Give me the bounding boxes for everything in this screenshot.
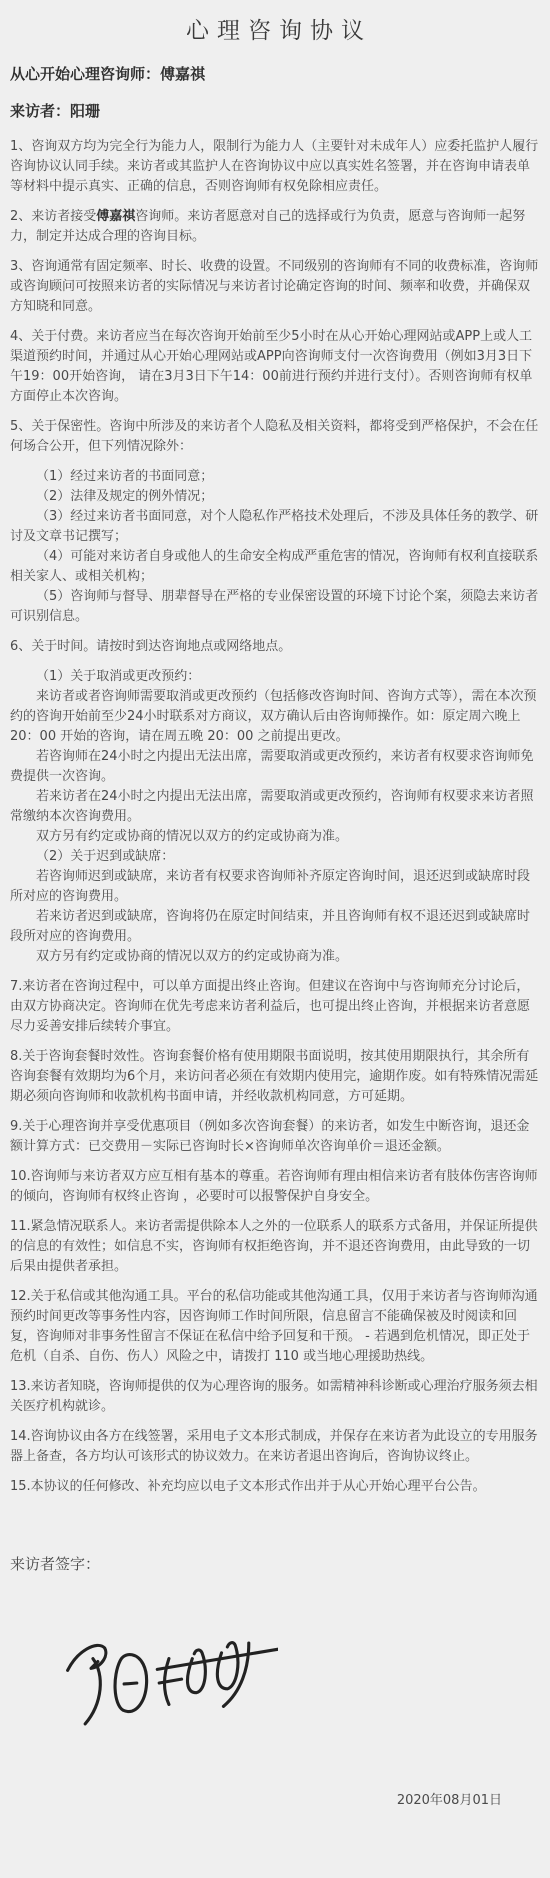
counselor-line: 从心开始心理咨询师：傅嘉祺 [10, 63, 540, 85]
clause-paragraph: 来访者或者咨询师需要取消或更改预约（包括修改咨询时间、咨询方式等），需在本次预约… [10, 687, 540, 747]
clause-paragraph: 若来访者在24小时之内提出无法出席，需要取消或更改预约，咨询师有权要求来访者照常… [10, 787, 540, 827]
agreement-document: 心理咨询协议 从心开始心理咨询师：傅嘉祺 来访者：阳珊 1、咨询双方均为完全行为… [0, 0, 550, 1878]
page-title: 心理咨询协议 [10, 12, 540, 45]
clause-paragraph: 9.关于心理咨询并享受优惠项目（例如多次咨询套餐）的来访者，如发生中断咨询，退还… [10, 1117, 540, 1157]
clause-paragraph: 14.咨询协议由各方在线签署，采用电子文本形式制成，并保存在来访者为此设立的专用… [10, 1427, 540, 1467]
clause-paragraph: 1、咨询双方均为完全行为能力人，限制行为能力人（主要针对未成年人）应委托监护人履… [10, 137, 540, 197]
visitor-signature [54, 1629, 278, 1737]
clause-paragraph: 15.本协议的任何修改、补充均应以电子文本形式作出并于从心开始心理平台公告。 [10, 1477, 540, 1497]
agreement-date: 2020年08月01日 [10, 1789, 540, 1808]
clause-paragraph: （1）关于取消或更改预约： [10, 667, 540, 687]
clause-paragraph: （3）经过来访者书面同意，对个人隐私作严格技术处理后，不涉及具体任务的教学、研讨… [10, 507, 540, 547]
clause-paragraph: 若咨询师在24小时之内提出无法出席，需要取消或更改预约，来访者有权要求咨询师免费… [10, 747, 540, 787]
clause-paragraph: 12.关于私信或其他沟通工具。平台的私信功能或其他沟通工具，仅用于来访者与咨询师… [10, 1287, 540, 1367]
signature-label: 来访者签字： [10, 1553, 540, 1575]
clause-paragraph: （5）咨询师与督导、朋辈督导在严格的专业保密设置的环境下讨论个案，须隐去来访者可… [10, 587, 540, 627]
visitor-line: 来访者：阳珊 [10, 100, 540, 122]
clauses-container: 1、咨询双方均为完全行为能力人，限制行为能力人（主要针对未成年人）应委托监护人履… [10, 137, 540, 1497]
clause-paragraph: 3、咨询通常有固定频率、时长、收费的设置。不同级别的咨询师有不同的收费标准，咨询… [10, 257, 540, 317]
clause-paragraph: （4）可能对来访者自身或他人的生命安全构成严重危害的情况，咨询师有权利直接联系相… [10, 547, 540, 587]
clause-paragraph: 若来访者迟到或缺席，咨询将仍在原定时间结束，并且咨询师有权不退还迟到或缺席时段所… [10, 907, 540, 947]
clause-paragraph: （1）经过来访者的书面同意； [10, 467, 540, 487]
signature-area [54, 1629, 540, 1739]
clause-paragraph: 6、关于时间。请按时到达咨询地点或网络地点。 [10, 637, 540, 657]
clause-paragraph: 11.紧急情况联系人。来访者需提供除本人之外的一位联系人的联系方式备用，并保证所… [10, 1217, 540, 1277]
clause-paragraph: 双方另有约定或协商的情况以双方的约定或协商为准。 [10, 827, 540, 847]
clause-paragraph: （2）法律及规定的例外情况； [10, 487, 540, 507]
clause-paragraph: 2、来访者接受傅嘉祺咨询师。来访者愿意对自己的选择或行为负责，愿意与咨询师一起努… [10, 207, 540, 247]
clause-paragraph: 双方另有约定或协商的情况以双方的约定或协商为准。 [10, 947, 540, 967]
clause-paragraph: 若咨询师迟到或缺席，来访者有权要求咨询师补齐原定咨询时间，退还迟到或缺席时段所对… [10, 867, 540, 907]
clause-paragraph: 8.关于咨询套餐时效性。咨询套餐价格有使用期限书面说明，按其使用期限执行，其余所… [10, 1047, 540, 1107]
clause-paragraph: 10.咨询师与来访者双方应互相有基本的尊重。若咨询师有理由相信来访者有肢体伤害咨… [10, 1167, 540, 1207]
clause-paragraph: （2）关于迟到或缺席： [10, 847, 540, 867]
clause-paragraph: 5、关于保密性。咨询中所涉及的来访者个人隐私及相关资料，都将受到严格保护，不会在… [10, 417, 540, 457]
clause-paragraph: 13.来访者知晓，咨询师提供的仅为心理咨询的服务。如需精神科诊断或心理治疗服务须… [10, 1377, 540, 1417]
clause-paragraph: 7.来访者在咨询过程中，可以单方面提出终止咨询。但建议在咨询中与咨询师充分讨论后… [10, 977, 540, 1037]
clause-paragraph: 4、关于付费。来访者应当在每次咨询开始前至少5小时在从心开始心理网站或APP上或… [10, 327, 540, 407]
